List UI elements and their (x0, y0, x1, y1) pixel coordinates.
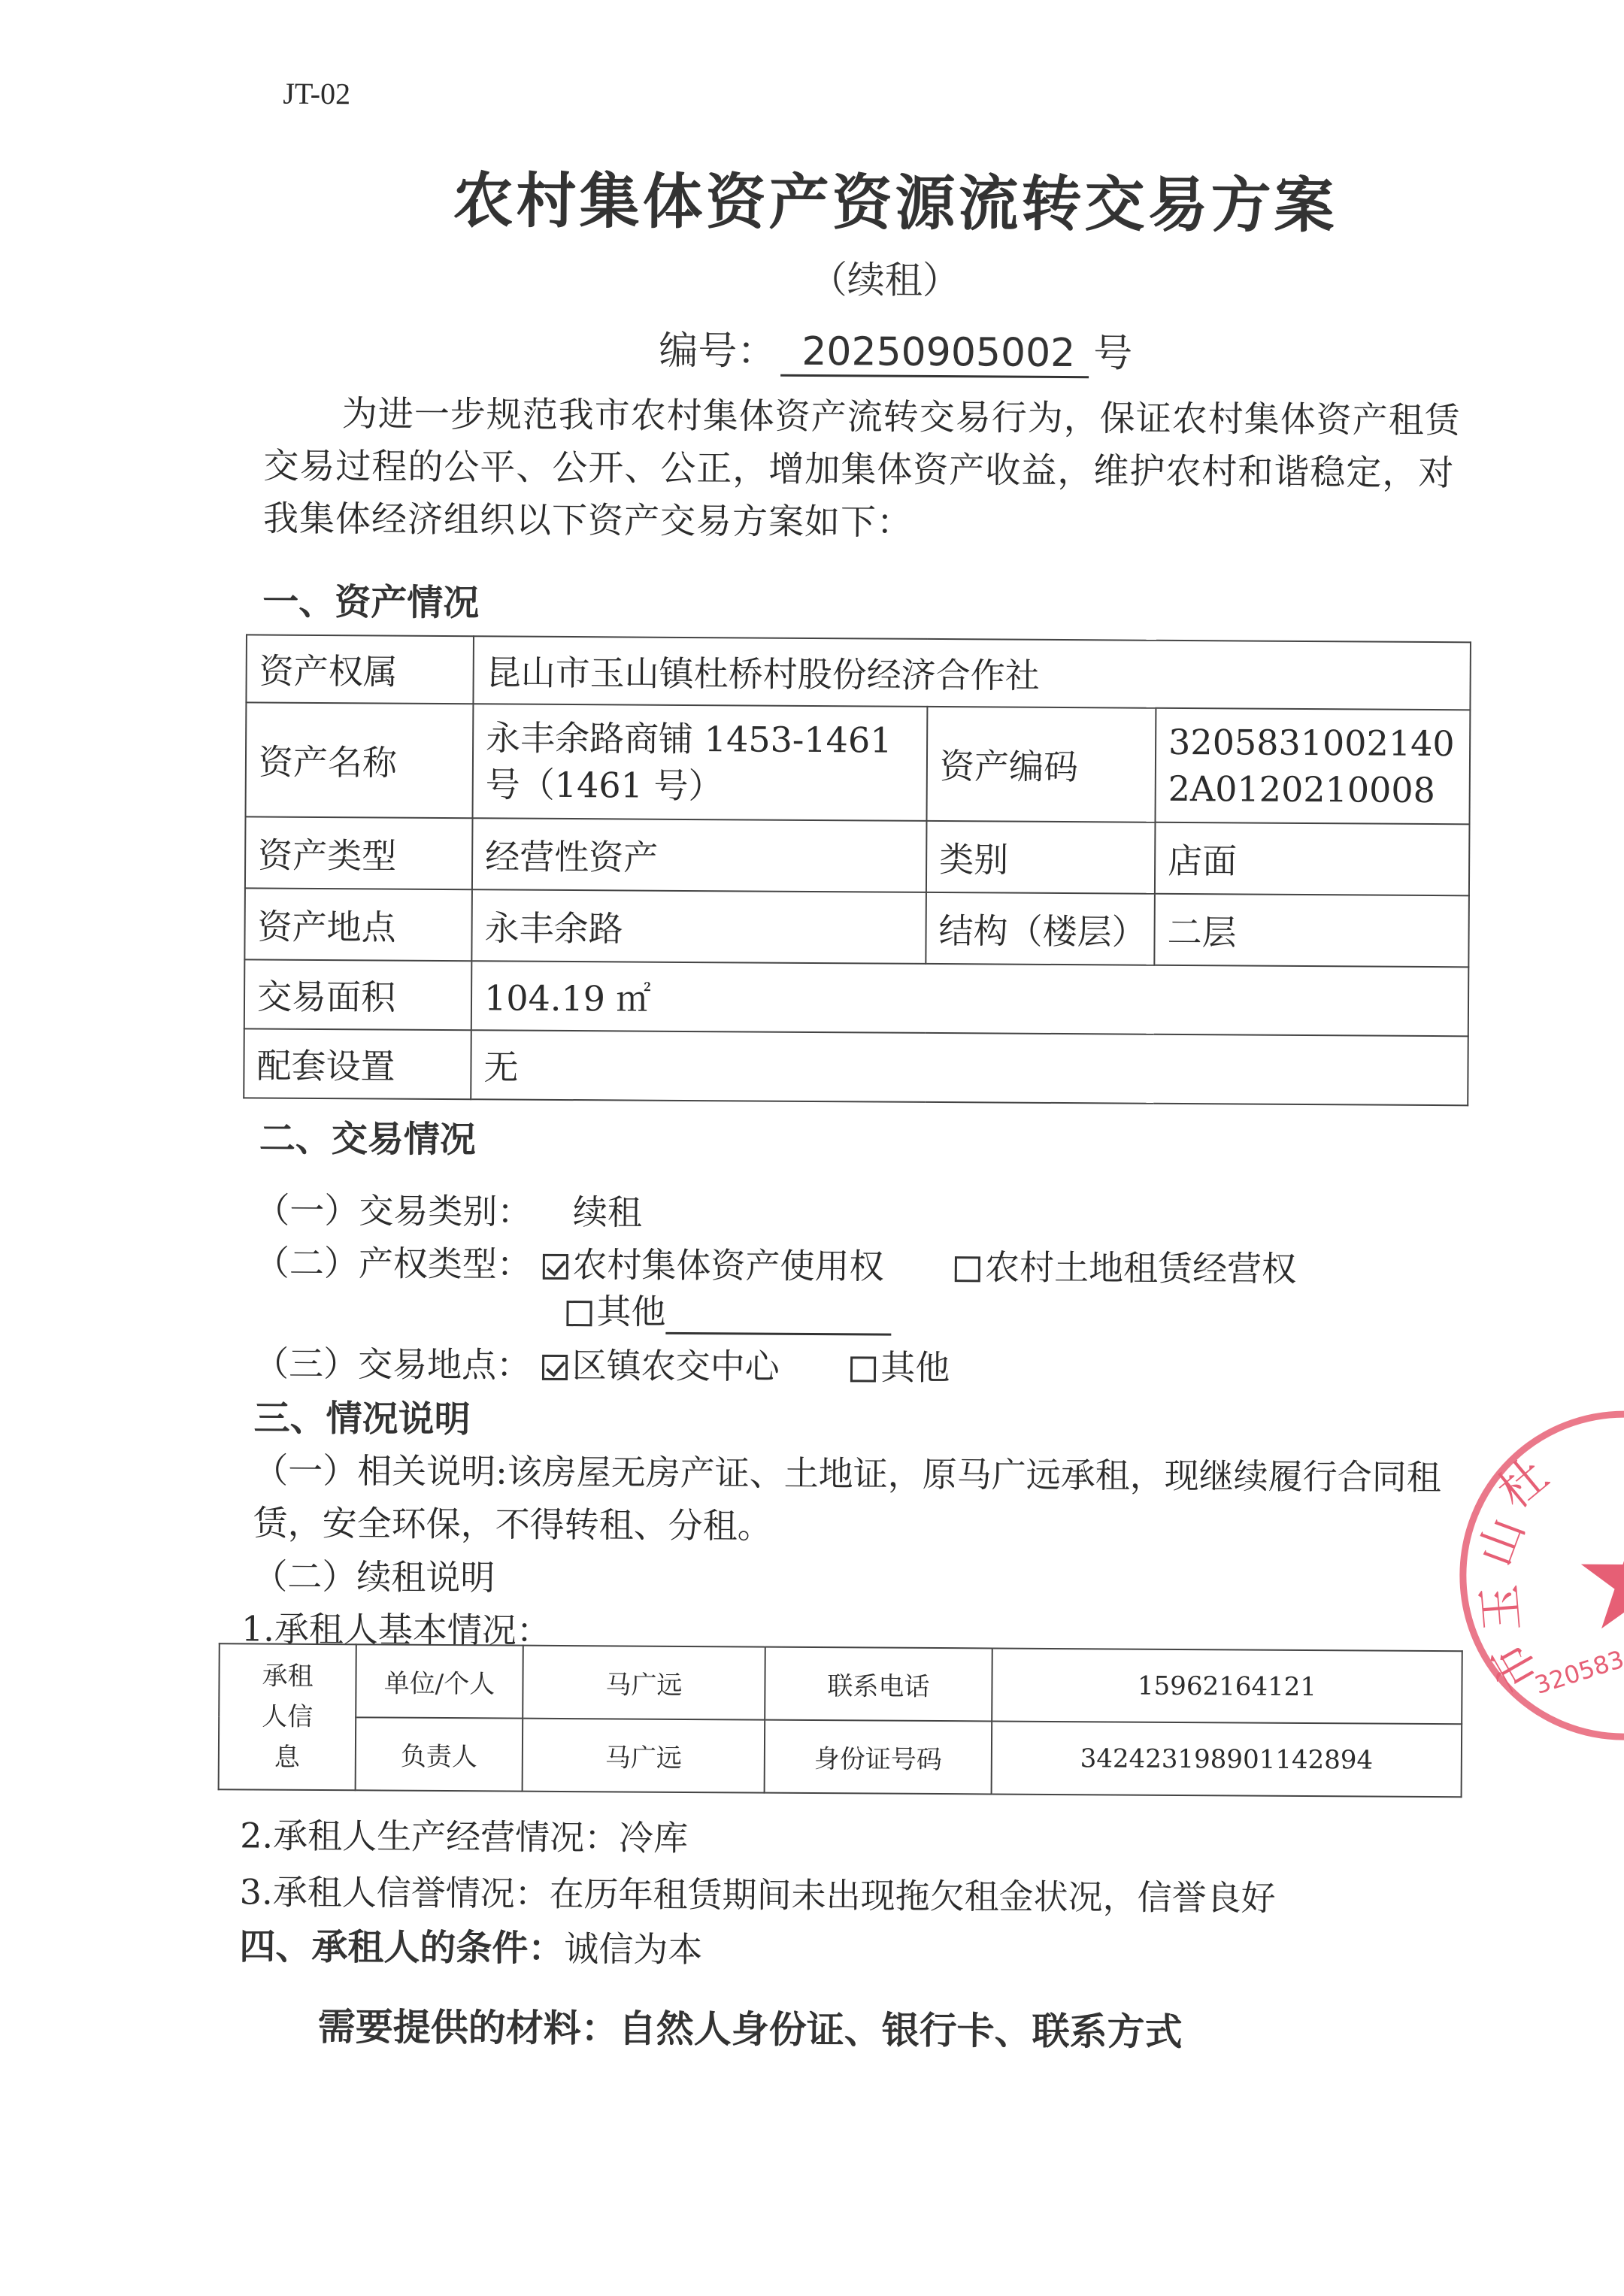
checkbox-checked-icon[interactable] (542, 1254, 568, 1280)
table-row: 资产名称 永丰余路商铺 1453-1461 号（1461 号） 资产编码 320… (246, 702, 1471, 824)
option-collective-asset-use[interactable]: 农村集体资产使用权 (542, 1244, 883, 1287)
option-other-location[interactable]: 其他 (850, 1346, 950, 1388)
document-title: 农村集体资产资源流转交易方案 (453, 152, 1338, 244)
cell-value: 马广远 (523, 1719, 765, 1793)
related-explanation: （一）相关说明:该房屋无房产证、土地证，原马广远承租，现继续履行合同租赁，安全环… (253, 1443, 1472, 1556)
property-type: （二）产权类型： 农村集体资产使用权 农村土地租赁经营权 (255, 1235, 1297, 1291)
tenant-business: 2.承租人生产经营情况：冷库 (240, 1808, 688, 1861)
property-type-label: （二）产权类型： (255, 1242, 532, 1284)
checkbox-empty-icon[interactable] (955, 1256, 980, 1282)
row-value: 104.19 ㎡ (471, 961, 1469, 1036)
star-icon: ★ (1571, 1507, 1624, 1651)
trade-category-label: （一）交易类别： (255, 1189, 532, 1231)
form-code: JT-02 (283, 76, 350, 112)
row-label2: 资产编码 (926, 707, 1156, 822)
row-value2: 店面 (1155, 822, 1470, 896)
related-label: （一）相关说明: (253, 1449, 507, 1492)
row-value: 昆山市玉山镇杜桥村股份经济合作社 (473, 636, 1471, 710)
row-value: 无 (471, 1030, 1468, 1105)
trade-location: （三）交易地点： 区镇农交中心 其他 (254, 1336, 950, 1390)
row-label: 资产名称 (246, 702, 474, 818)
row-label: 配套设置 (244, 1028, 471, 1099)
option-land-lease[interactable]: 农村土地租赁经营权 (955, 1246, 1296, 1289)
section1-heading: 一、资产情况 (262, 573, 479, 626)
table-row: 资产类型 经营性资产 类别 店面 (245, 816, 1470, 895)
other-blank-line[interactable] (665, 1302, 891, 1336)
number-label: 编号： (659, 329, 776, 374)
trade-category-value: 续租 (573, 1192, 642, 1233)
required-materials: 需要提供的材料：自然人身份证、银行卡、联系方式 (317, 1997, 1182, 2056)
checkbox-empty-icon[interactable] (850, 1356, 876, 1382)
table-row: 配套设置 无 (244, 1028, 1468, 1105)
checkbox-empty-icon[interactable] (566, 1301, 592, 1326)
renewal-heading: （二）续租说明 (253, 1549, 495, 1600)
tenant-credit: 3.承租人信誉情况：在历年租赁期间未出现拖欠租金状况，信誉良好 (240, 1864, 1276, 1920)
section3-heading: 三、情况说明 (253, 1389, 470, 1442)
table-row: 资产地点 永丰余路 结构（楼层） 二层 (244, 888, 1469, 967)
document-page: JT-02 农村集体资产资源流转交易方案 （续租） 编号：20250905002… (0, 0, 1624, 2296)
number-value: 20250905002 (780, 329, 1089, 379)
table-row: 资产权属 昆山市玉山镇杜桥村股份经济合作社 (246, 635, 1471, 710)
trade-category: （一）交易类别： 续租 (255, 1183, 642, 1234)
option-town-center[interactable]: 区镇农交中心 (542, 1345, 780, 1387)
section4-heading: 四、承租人的条件： (239, 1925, 564, 1970)
number-suffix: 号 (1093, 331, 1132, 376)
cell-value2: 342423198901142894 (992, 1721, 1462, 1797)
cell-label2: 身份证号码 (765, 1720, 992, 1795)
table-row: 负责人 马广远 身份证号码 342423198901142894 (219, 1716, 1462, 1797)
document-subtitle: （续租） (810, 250, 960, 304)
asset-table: 资产权属 昆山市玉山镇杜桥村股份经济合作社 资产名称 永丰余路商铺 1453-1… (243, 634, 1471, 1106)
row-label: 资产地点 (244, 888, 472, 961)
row-label: 资产类型 (245, 816, 473, 889)
cell-value2: 15962164121 (992, 1648, 1462, 1724)
row-value: 经营性资产 (472, 818, 927, 892)
tenant-table: 承租人信息 单位/个人 马广远 联系电话 15962164121 负责人 马广远… (218, 1643, 1463, 1798)
cell-value: 马广远 (523, 1646, 765, 1720)
checkbox-checked-icon[interactable] (542, 1355, 568, 1380)
cell-label2: 联系电话 (765, 1647, 992, 1722)
row-value2: 3205831002140 2A0120210008 (1155, 708, 1470, 825)
row-label2: 结构（楼层） (926, 892, 1155, 965)
official-seal-stamp: 杜 山 玉 市 ★ 320583 (1459, 1410, 1624, 1741)
section4-value: 诚信为本 (564, 1928, 702, 1970)
row-label: 资产权属 (246, 635, 474, 704)
row-label: 交易面积 (244, 959, 472, 1030)
tenant-group-label: 承租人信息 (219, 1643, 356, 1790)
trade-location-label: （三）交易地点： (254, 1343, 531, 1385)
row-label2: 类别 (926, 821, 1156, 894)
row-value: 永丰余路商铺 1453-1461 号（1461 号） (473, 704, 928, 821)
intro-paragraph: 为进一步规范我市农村集体资产流转交易行为，保证农村集体资产租赁交易过程的公平、公… (263, 388, 1474, 553)
document-number: 编号：20250905002号 (659, 319, 1132, 379)
table-row: 交易面积 104.19 ㎡ (244, 959, 1469, 1036)
row-value2: 二层 (1154, 894, 1469, 968)
row-value: 永丰余路 (471, 889, 926, 964)
table-row: 承租人信息 单位/个人 马广远 联系电话 15962164121 (219, 1643, 1462, 1724)
cell-label: 单位/个人 (356, 1644, 523, 1718)
section4: 四、承租人的条件：诚信为本 (239, 1917, 702, 1972)
section2-heading: 二、交易情况 (259, 1110, 476, 1163)
cell-label: 负责人 (356, 1717, 523, 1791)
option-other-property[interactable]: 其他 (566, 1284, 891, 1336)
